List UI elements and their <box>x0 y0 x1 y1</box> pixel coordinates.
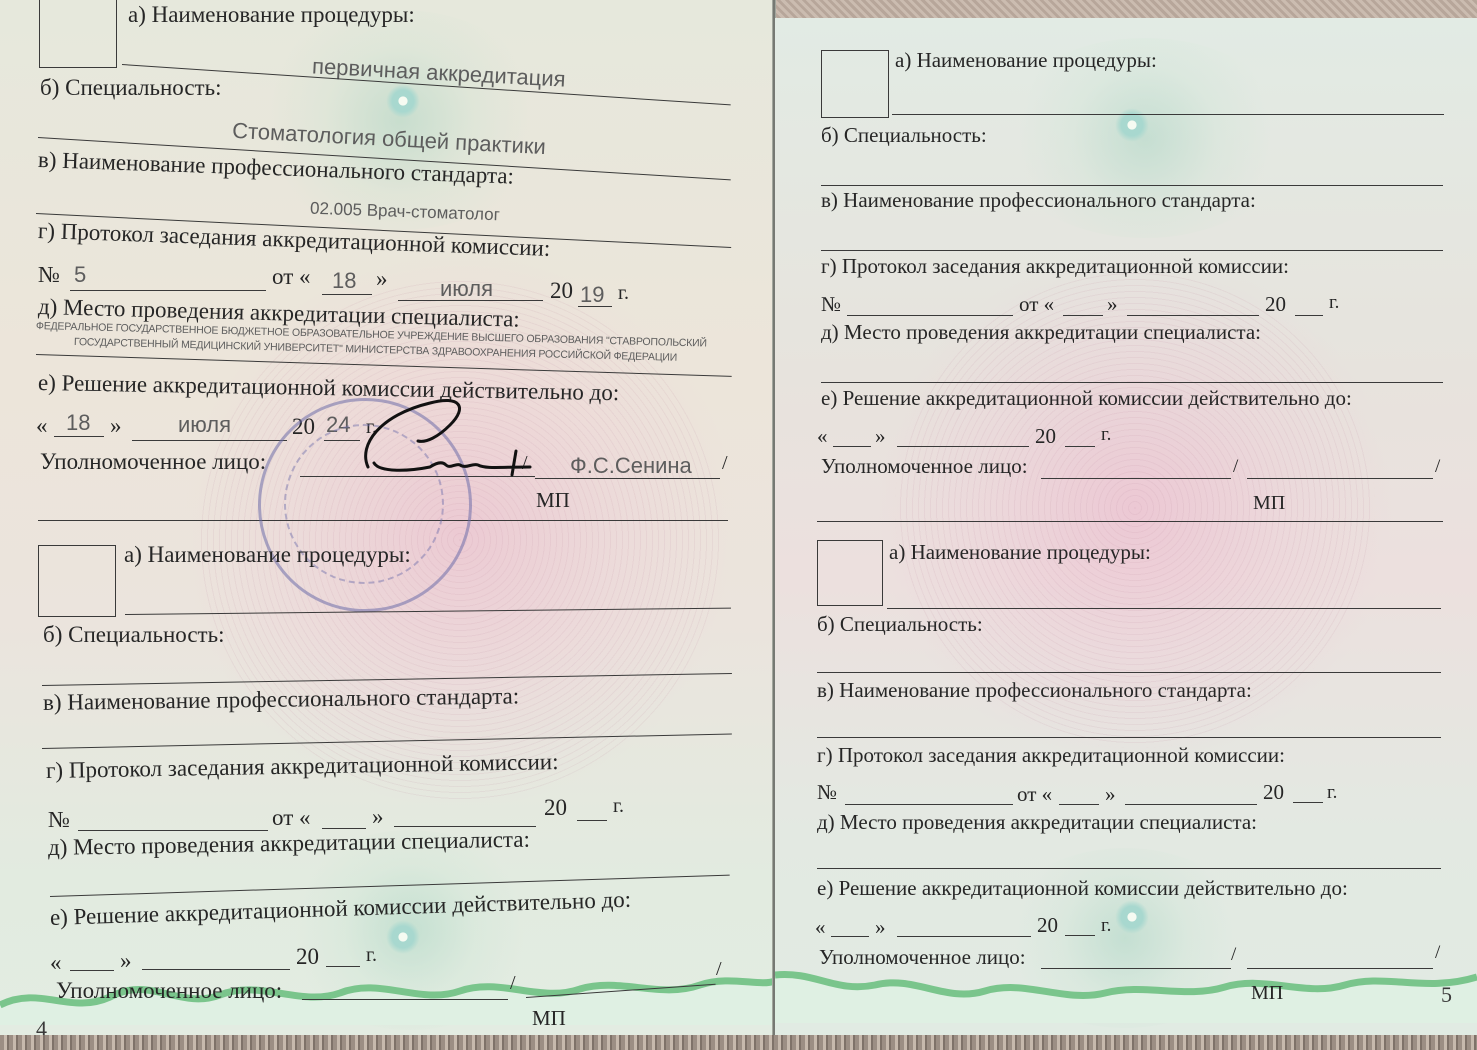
label-slash: / <box>1435 942 1440 964</box>
label-prof-standard: в) Наименование профессионального станда… <box>817 678 1252 703</box>
field-line <box>1125 804 1257 805</box>
label-slash: / <box>510 972 516 995</box>
field-line <box>831 936 869 937</box>
label-slash: / <box>1435 456 1440 478</box>
field-line <box>42 734 732 749</box>
label-authorized-person: Уполномоченное лицо: <box>821 454 1028 479</box>
procedure-checkbox <box>39 0 117 68</box>
label-slash: / <box>716 958 722 981</box>
label-procedure-name: а) Наименование процедуры: <box>889 540 1151 565</box>
label-seal: МП <box>1251 982 1283 1005</box>
label-protocol: г) Протокол заседания аккредитационной к… <box>46 749 559 784</box>
label-prof-standard: в) Наименование профессионального станда… <box>43 683 520 716</box>
label-protocol: г) Протокол заседания аккредитационной к… <box>38 218 551 262</box>
label-year-suffix: г. <box>366 944 377 967</box>
page-number: 4 <box>36 1016 47 1035</box>
field-line <box>817 737 1441 738</box>
label-year-suffix: г. <box>1101 915 1111 937</box>
label-number: № <box>48 807 70 833</box>
value-valid-day: 18 <box>66 410 90 436</box>
label-specialty: б) Специальность: <box>43 622 224 648</box>
label-quote-close: » <box>1105 782 1116 807</box>
field-line <box>326 966 360 967</box>
label-specialty: б) Специальность: <box>817 612 983 637</box>
value-protocol-number: 5 <box>74 262 86 288</box>
label-specialty: б) Специальность: <box>821 123 987 148</box>
field-line <box>817 868 1441 869</box>
label-quote-close: » <box>875 915 886 940</box>
security-pattern-green <box>250 10 550 230</box>
label-number: № <box>38 262 60 288</box>
field-line <box>897 446 1029 447</box>
label-seal: МП <box>532 1006 566 1031</box>
signature-line <box>1041 968 1231 969</box>
field-line <box>1065 935 1095 936</box>
signature-icon <box>350 385 550 495</box>
label-year-prefix: 20 <box>1265 292 1286 317</box>
procedure-checkbox <box>817 540 883 606</box>
label-from: от « <box>272 264 311 290</box>
field-line <box>142 969 290 970</box>
label-valid-until: е) Решение аккредитационной комиссии дей… <box>821 386 1352 411</box>
label-valid-until: е) Решение аккредитационной комиссии дей… <box>817 876 1348 901</box>
value-specialty: Стоматология общей практики <box>232 118 547 160</box>
field-line <box>54 436 104 437</box>
field-line <box>845 804 1013 805</box>
field-line <box>577 820 607 821</box>
value-protocol-month: июля <box>440 276 493 302</box>
value-authorized-name: Ф.С.Сенина <box>570 453 692 479</box>
label-authorized-person: Уполномоченное лицо: <box>819 945 1026 970</box>
label-year-prefix: 20 <box>1037 913 1058 938</box>
procedure-checkbox <box>38 545 116 617</box>
label-from: от « <box>1017 782 1052 807</box>
label-procedure-name: а) Наименование процедуры: <box>128 2 415 28</box>
signature-line <box>302 999 508 1000</box>
label-year-prefix: 20 <box>1035 424 1056 449</box>
value-valid-month: июля <box>178 412 231 438</box>
label-year-suffix: г. <box>1329 292 1339 314</box>
value-procedure-name: первичная аккредитация <box>311 53 566 92</box>
label-protocol: г) Протокол заседания аккредитационной к… <box>817 743 1285 768</box>
label-seal: МП <box>1253 492 1285 515</box>
label-quote-close: » <box>1107 292 1118 317</box>
label-slash: / <box>1233 456 1238 478</box>
label-slash: / <box>722 452 728 475</box>
right-page: а) Наименование процедуры: б) Специально… <box>775 18 1477 1035</box>
label-year-prefix: 20 <box>550 278 573 304</box>
label-prof-standard: в) Наименование профессионального станда… <box>821 188 1256 213</box>
label-from: от « <box>272 805 311 831</box>
label-year-prefix: 20 <box>296 944 319 970</box>
label-quote-open: « <box>815 915 826 940</box>
flower-emblem-icon <box>386 84 420 118</box>
field-line <box>821 185 1443 186</box>
field-line <box>1295 315 1323 316</box>
page-border-ornament <box>775 963 1477 1023</box>
field-line <box>897 936 1031 937</box>
field-line <box>817 672 1441 673</box>
flower-emblem-icon <box>386 920 420 954</box>
label-quote-close: » <box>376 266 388 292</box>
label-procedure-name: а) Наименование процедуры: <box>124 542 411 568</box>
label-quote-close: » <box>120 948 132 974</box>
page-number: 5 <box>1441 982 1452 1008</box>
label-year-suffix: г. <box>618 282 629 305</box>
label-from: от « <box>1019 292 1054 317</box>
label-quote-close: » <box>875 424 886 449</box>
value-protocol-day: 18 <box>332 268 356 294</box>
field-line <box>821 250 1443 251</box>
field-line <box>892 114 1444 115</box>
label-quote-close: » <box>372 804 384 830</box>
label-place: д) Место проведения аккредитации специал… <box>817 810 1257 835</box>
label-authorized-person: Уполномоченное лицо: <box>56 978 282 1004</box>
field-line <box>847 315 1013 316</box>
field-line <box>887 608 1441 609</box>
label-place: д) Место проведения аккредитации специал… <box>821 320 1261 345</box>
label-quote-open: « <box>50 950 62 976</box>
field-line <box>1063 315 1103 316</box>
left-page: а) Наименование процедуры: первичная акк… <box>0 0 775 1035</box>
field-line <box>1059 804 1099 805</box>
label-protocol: г) Протокол заседания аккредитационной к… <box>821 254 1289 279</box>
field-line <box>821 382 1443 383</box>
field-line <box>535 478 720 479</box>
field-line <box>1127 315 1259 316</box>
field-line <box>817 521 1443 522</box>
field-line <box>1065 446 1095 447</box>
label-year-suffix: г. <box>1101 424 1111 446</box>
field-line <box>398 300 543 301</box>
procedure-checkbox <box>821 50 889 118</box>
label-procedure-name: а) Наименование процедуры: <box>895 48 1157 73</box>
value-protocol-year: 19 <box>580 282 604 308</box>
label-number: № <box>821 292 841 317</box>
field-line <box>833 446 871 447</box>
label-quote-open: « <box>817 424 828 449</box>
field-line <box>125 608 731 615</box>
label-year-suffix: г. <box>1327 782 1337 804</box>
label-specialty: б) Специальность: <box>40 75 221 101</box>
label-authorized-person: Уполномоченное лицо: <box>40 449 266 475</box>
value-prof-standard: 02.005 Врач-стоматолог <box>310 199 500 226</box>
label-year-suffix: г. <box>613 795 624 818</box>
field-line <box>42 673 732 686</box>
label-quote-close: » <box>110 413 122 439</box>
label-quote-open: « <box>36 413 48 439</box>
field-line <box>132 440 287 441</box>
flower-emblem-icon <box>1115 900 1149 934</box>
field-line <box>1247 968 1433 969</box>
label-year-prefix: 20 <box>1263 780 1284 805</box>
label-place: д) Место проведения аккредитации специал… <box>48 827 530 861</box>
signature-line <box>1041 478 1231 479</box>
field-line <box>70 290 266 291</box>
field-line <box>70 970 114 971</box>
field-line <box>322 294 372 295</box>
label-number: № <box>817 780 837 805</box>
field-line <box>578 306 612 307</box>
label-slash: / <box>1231 944 1236 966</box>
field-line <box>1293 802 1323 803</box>
label-year-prefix: 20 <box>544 795 567 821</box>
field-line <box>1247 478 1433 479</box>
